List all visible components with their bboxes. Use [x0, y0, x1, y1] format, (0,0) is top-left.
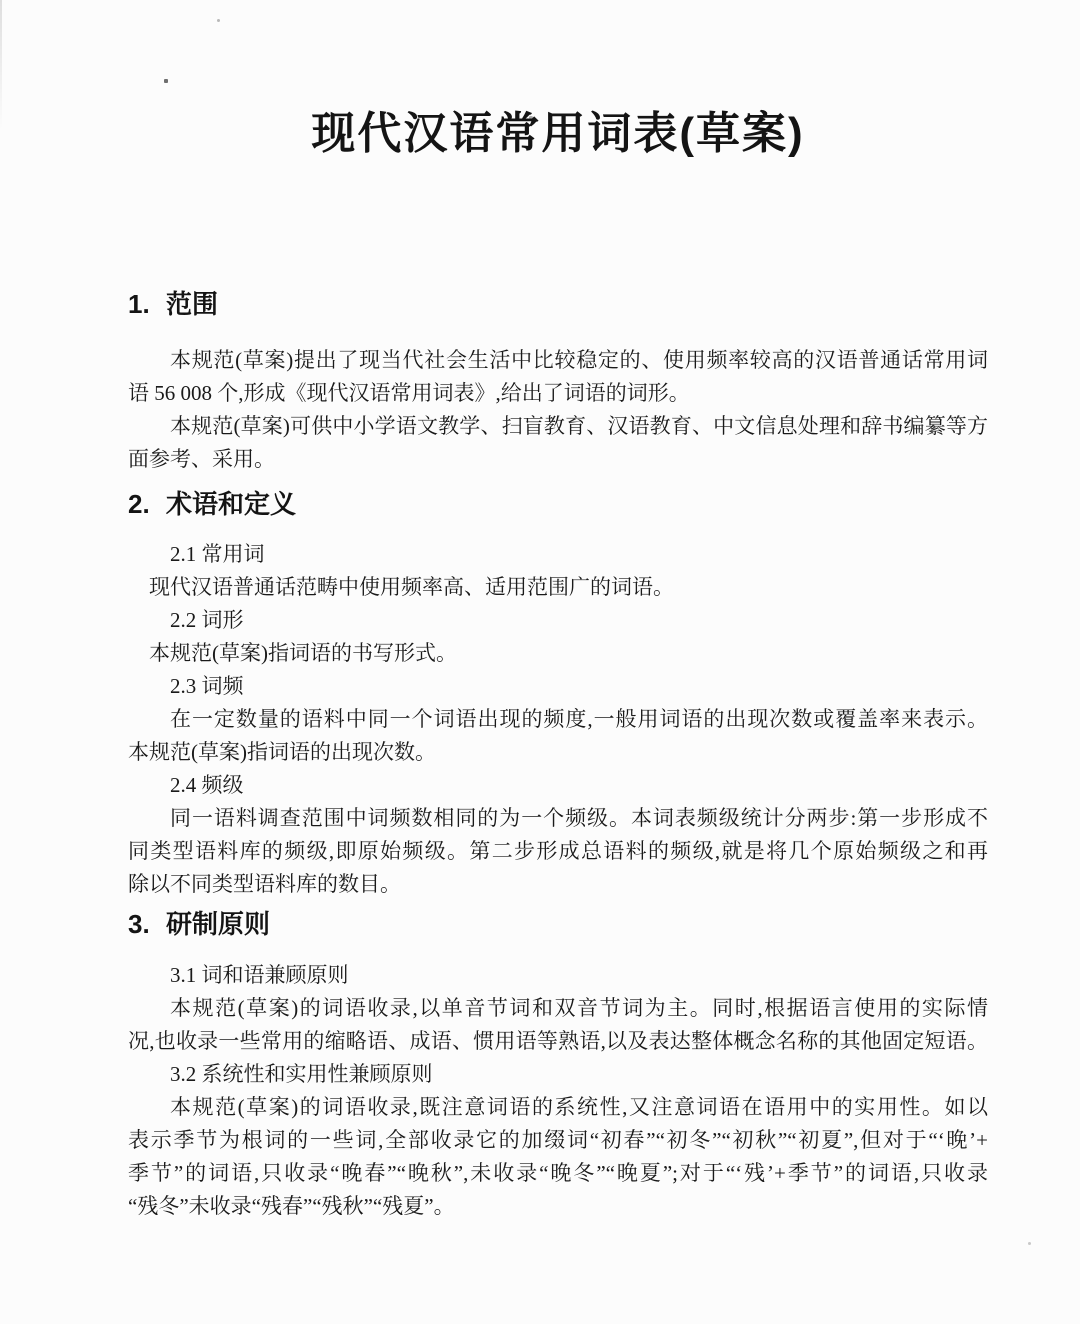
- term-definition-line: 在一定数量的语料中同一个词语出现的频度,一般用词语的出现次数或覆盖率来表示。: [128, 703, 988, 736]
- term-label: 2.4 频级: [128, 769, 988, 802]
- document-content: 现代汉语常用词表(草案) 1. 范围 本规范(草案)提出了现当代社会生活中比较稳…: [128, 0, 988, 1223]
- term-label: 2.2 词形: [128, 604, 988, 637]
- principle-text-line: “残冬”未收录“残春”“残秋”“残夏”。: [128, 1190, 988, 1223]
- body-text-line: 本规范(草案)可供中小学语文教学、扫盲教育、汉语教育、中文信息处理和辞书编纂等方: [128, 410, 988, 443]
- term-definition-line: 除以不同类型语料库的数目。: [128, 868, 988, 901]
- principle-text-line: 本规范(草案)的词语收录,以单音节词和双音节词为主。同时,根据语言使用的实际情: [128, 992, 988, 1025]
- section-2-heading: 2. 术语和定义: [128, 488, 988, 520]
- term-definition-line: 本规范(草案)指词语的出现次数。: [128, 736, 988, 769]
- principle-label: 3.1 词和语兼顾原则: [128, 959, 988, 992]
- section-principles: 3. 研制原则 3.1 词和语兼顾原则 本规范(草案)的词语收录,以单音节词和双…: [128, 908, 988, 1223]
- term-definition-line: 现代汉语普通话范畴中使用频率高、适用范围广的词语。: [128, 571, 988, 604]
- principle-text-line: 本规范(草案)的词语收录,既注意词语的系统性,又注意词语在语用中的实用性。如以: [128, 1091, 988, 1124]
- scan-edge-artifact: [0, 0, 2, 130]
- principle-text-line: 况,也收录一些常用的缩略语、成语、惯用语等熟语,以及表达整体概念名称的其他固定短…: [128, 1025, 988, 1058]
- section-1-heading: 1. 范围: [128, 288, 988, 320]
- section-3-heading: 3. 研制原则: [128, 908, 988, 940]
- term-definition-line: 同一语料调查范围中词频数相同的为一个频级。本词表频级统计分两步:第一步形成不: [128, 802, 988, 835]
- term-label: 2.3 词频: [128, 670, 988, 703]
- body-text-line: 本规范(草案)提出了现当代社会生活中比较稳定的、使用频率较高的汉语普通话常用词: [128, 344, 988, 377]
- principle-text-line: 季节”的词语,只收录“晚春”“晚秋”,未收录“晚冬”“晚夏”;对于“‘残’+季节…: [128, 1157, 988, 1190]
- section-terms-definitions: 2. 术语和定义 2.1 常用词 现代汉语普通话范畴中使用频率高、适用范围广的词…: [128, 488, 988, 901]
- term-definition-line: 同类型语料库的频级,即原始频级。第二步形成总语料的频级,就是将几个原始频级之和再: [128, 835, 988, 868]
- document-title: 现代汉语常用词表(草案): [128, 106, 988, 162]
- principle-label: 3.2 系统性和实用性兼顾原则: [128, 1058, 988, 1091]
- scan-speck: [1028, 1242, 1031, 1245]
- body-text-line: 语 56 008 个,形成《现代汉语常用词表》,给出了词语的词形。: [128, 377, 988, 410]
- principle-text-line: 表示季节为根词的一些词,全部收录它的加缀词“初春”“初冬”“初秋”“初夏”,但对…: [128, 1124, 988, 1157]
- term-definition-line: 本规范(草案)指词语的书写形式。: [128, 637, 988, 670]
- term-label: 2.1 常用词: [128, 538, 988, 571]
- scanned-document-page: 现代汉语常用词表(草案) 1. 范围 本规范(草案)提出了现当代社会生活中比较稳…: [0, 0, 1080, 1324]
- section-scope: 1. 范围 本规范(草案)提出了现当代社会生活中比较稳定的、使用频率较高的汉语普…: [128, 288, 988, 476]
- body-text-line: 面参考、采用。: [128, 443, 988, 476]
